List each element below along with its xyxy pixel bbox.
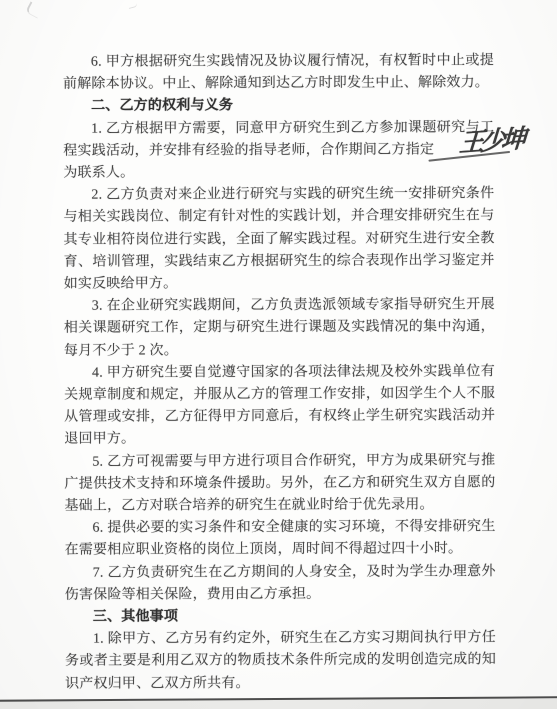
clause-paragraph-s3-1: 1. 除甲方、乙方另有约定外，研究生在乙方实习期间执行甲方任务或者主要是利用乙双… [65,628,496,696]
clause-paragraph-s2-4: 4. 甲方研究生要自觉遵守国家的各项法律法规及校外实践单位有关规章制度和规定，并… [64,361,495,451]
clause-paragraph-s2-6: 6. 提供必要的实习条件和安全健康的实习环境，不得安排研究生在需要相应职业资格的… [65,517,496,563]
clause-paragraph-s1-6: 6. 甲方根据研究生实践情况及协议履行情况，有权暂时中止或提前解除本协议。中止、… [63,50,494,96]
document-text-body: 6. 甲方根据研究生实践情况及协议履行情况，有权暂时中止或提前解除本协议。中止、… [63,50,496,695]
clause-paragraph-s2-5: 5. 乙方可视需要与甲方进行项目合作研究，甲方为成果研究与推广提供技术支持和环境… [64,450,495,518]
clause-paragraph-s2-1: 1. 乙方根据甲方需要，同意甲方研究生到乙方参加课题研究与工程实践活动，并安排有… [63,117,494,185]
clause-s2-1-suffix-text: 为联系人。 [63,166,134,181]
scan-artifact-mark [127,0,137,9]
scanned-contract-page: 6. 甲方根据研究生实践情况及协议履行情况，有权暂时中止或提前解除本协议。中止、… [0,0,557,709]
section-heading-other-matters: 三、其他事项 [65,605,496,629]
scan-artifact-mark [25,1,43,18]
section-heading-party-b-rights: 二、乙方的权利与义务 [63,95,494,119]
clause-paragraph-s2-7: 7. 乙方负责研究生在乙方期间的人身安全，及时为学生办理意外伤害保险等相关保险，… [65,561,496,607]
handwritten-contact-name: 王少坤 [434,140,494,153]
clause-s2-1-prefix-text: 1. 乙方根据甲方需要，同意甲方研究生到乙方参加课题研究与工程实践活动，并安排有… [63,120,494,159]
clause-paragraph-s2-2: 2. 乙方负责对来企业进行研究与实践的研究生统一安排研究条件与相关实践岗位、制定… [63,183,494,296]
clause-paragraph-s2-3: 3. 在企业研究实践期间，乙方负责选派领域专家指导研究生开展相关课题研究工作，定… [64,294,495,362]
